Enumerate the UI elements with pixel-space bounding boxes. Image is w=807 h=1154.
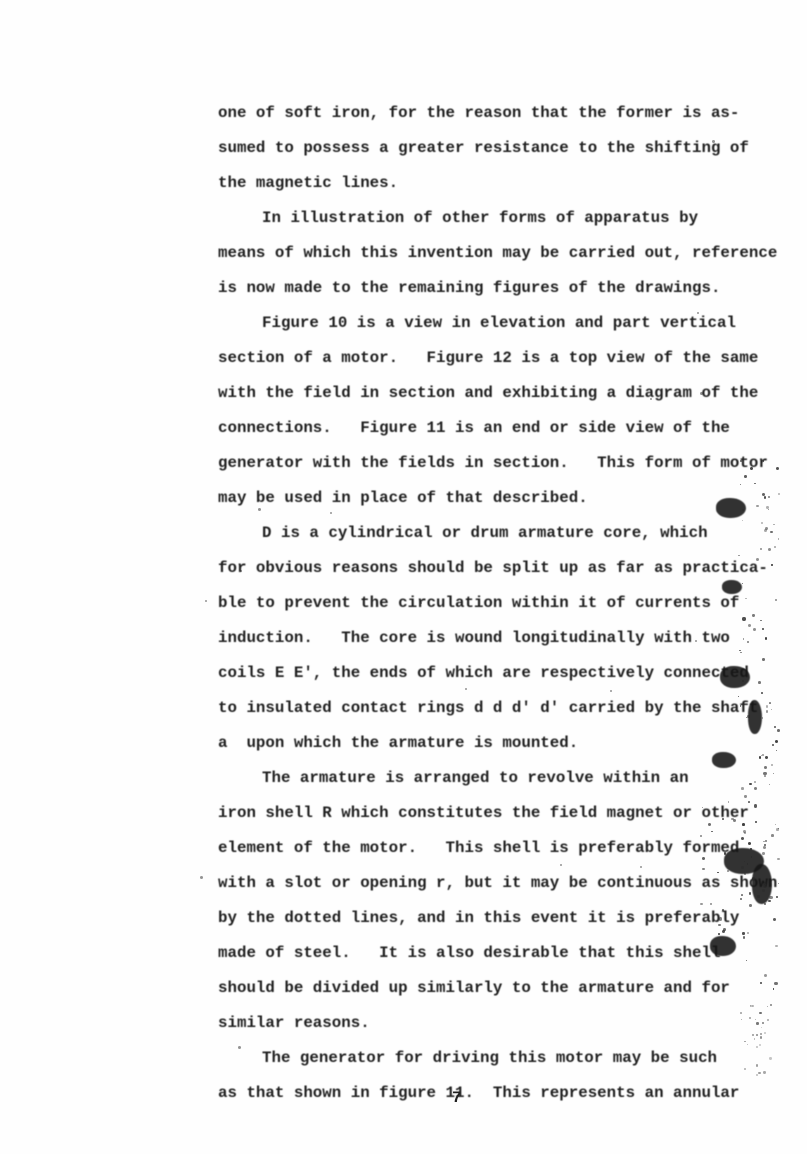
typewritten-text-block: one of soft iron, for the reason that th… [218, 96, 802, 1111]
text-line: the magnetic lines. [218, 166, 802, 201]
text-line: D is a cylindrical or drum armature core… [218, 516, 802, 551]
scanned-document-page: one of soft iron, for the reason that th… [0, 0, 807, 1154]
scan-speck [205, 600, 207, 602]
text-line: one of soft iron, for the reason that th… [218, 96, 802, 131]
text-line: means of which this invention may be car… [218, 236, 802, 271]
text-line: ble to prevent the circulation within it… [218, 586, 802, 621]
text-line: sumed to possess a greater resistance to… [218, 131, 802, 166]
page-number: 7 [452, 1089, 462, 1107]
text-line: may be used in place of that described. [218, 481, 802, 516]
text-line: generator with the fields in section. Th… [218, 446, 802, 481]
text-line: Figure 10 is a view in elevation and par… [218, 306, 802, 341]
text-line: made of steel. It is also desirable that… [218, 936, 802, 971]
text-line: element of the motor. This shell is pref… [218, 831, 802, 866]
text-line: a upon which the armature is mounted. [218, 726, 802, 761]
text-line: coils E E', the ends of which are respec… [218, 656, 802, 691]
text-line: with the field in section and exhibiting… [218, 376, 802, 411]
text-line: by the dotted lines, and in this event i… [218, 901, 802, 936]
text-line: should be divided up similarly to the ar… [218, 971, 802, 1006]
text-line: with a slot or opening r, but it may be … [218, 866, 802, 901]
text-line: section of a motor. Figure 12 is a top v… [218, 341, 802, 376]
scan-speck [200, 876, 203, 879]
text-line: for obvious reasons should be split up a… [218, 551, 802, 586]
text-line: In illustration of other forms of appara… [218, 201, 802, 236]
text-line: similar reasons. [218, 1006, 802, 1041]
text-line: is now made to the remaining figures of … [218, 271, 802, 306]
text-line: induction. The core is wound longitudina… [218, 621, 802, 656]
text-line: connections. Figure 11 is an end or side… [218, 411, 802, 446]
text-line: The armature is arranged to revolve with… [218, 761, 802, 796]
text-line: as that shown in figure 11. This represe… [218, 1076, 802, 1111]
text-line: The generator for driving this motor may… [218, 1041, 802, 1076]
text-line: to insulated contact rings d d d' d' car… [218, 691, 802, 726]
text-line: iron shell R which constitutes the field… [218, 796, 802, 831]
